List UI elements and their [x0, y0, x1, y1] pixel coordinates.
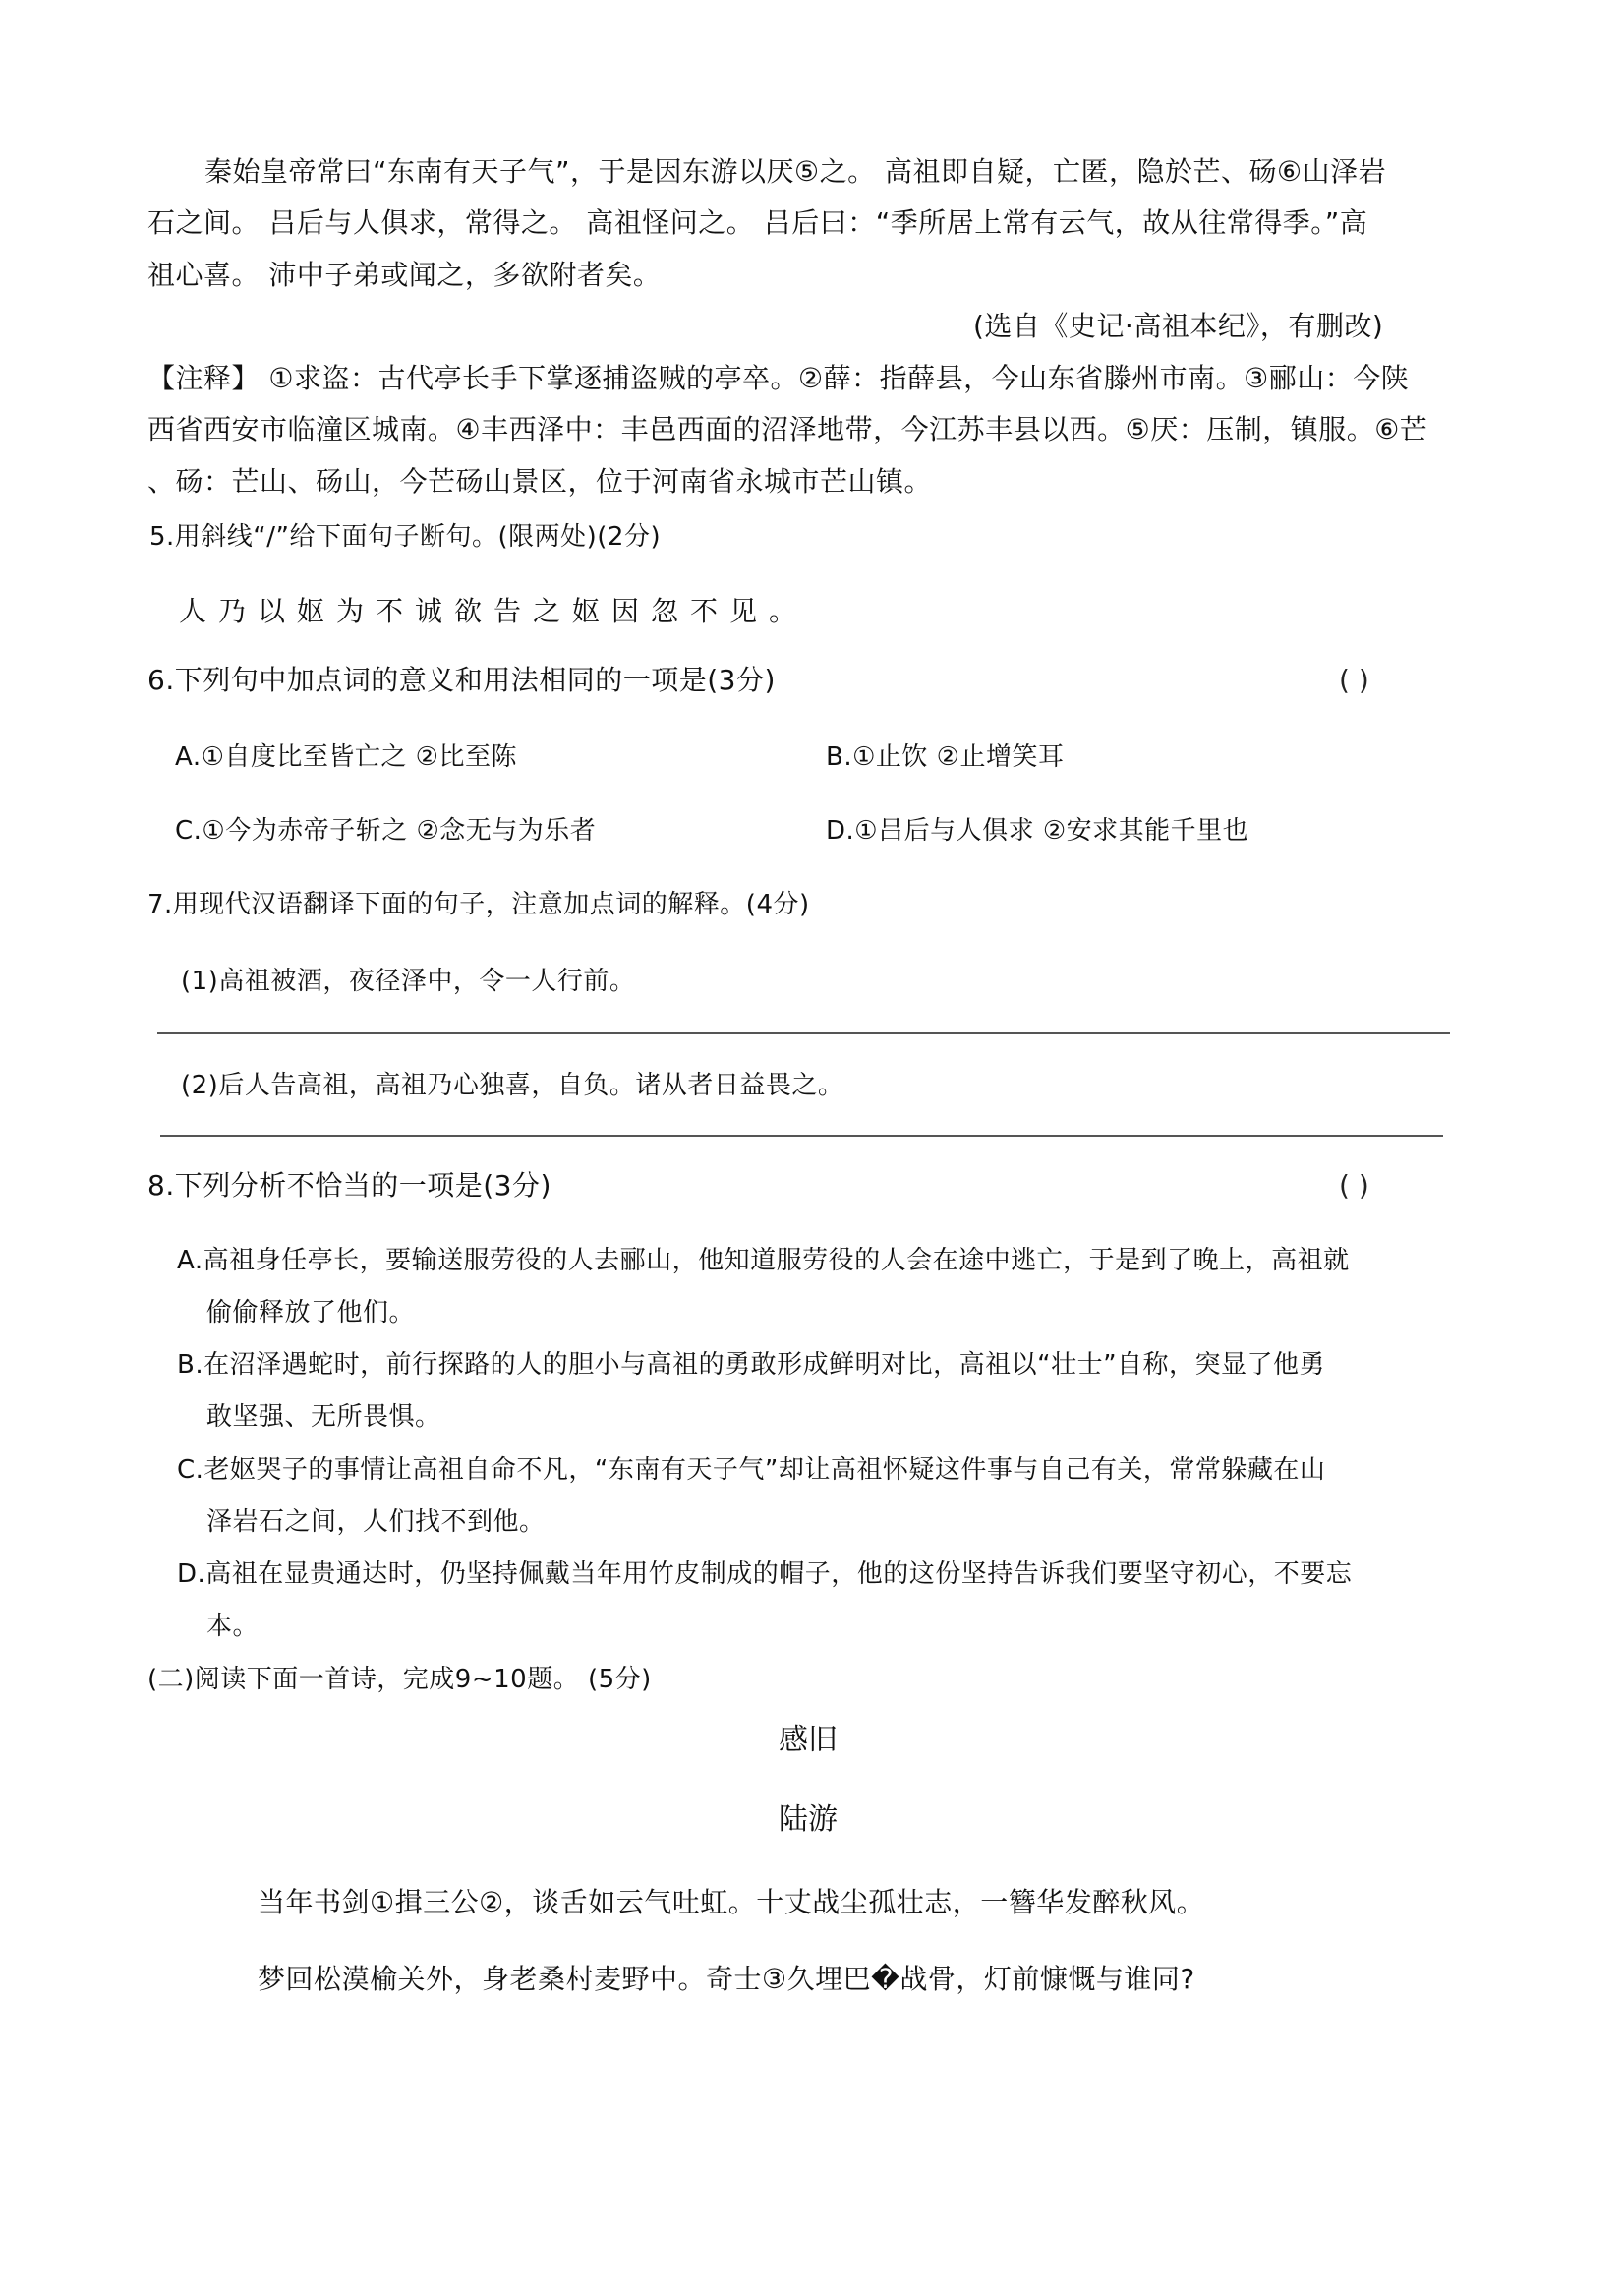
question-8-answer-blank[interactable]: ( ): [1339, 1168, 1369, 1204]
option-text-line-1: 在沼泽遇蛇时，前行探路的人的胆小与高祖的勇敢形成鲜明对比，高祖以“壮士”自称，突…: [203, 1350, 1325, 1380]
passage-line-1: 秦始皇帝常曰“东南有天子气”，于是因东游以厌⑤之。 高祖即自疑，亡匿，隐於芒、砀…: [147, 154, 1386, 190]
question-7-item-1: (1)高祖被酒，夜径泽中，令一人行前。: [181, 964, 635, 999]
option-label: C.: [177, 1455, 203, 1485]
option-text: ①止饮 ②止增笑耳: [852, 742, 1064, 772]
option-text-line-1: 高祖身任亭长，要输送服劳役的人去郦山，他知道服劳役的人会在途中逃亡，于是到了晚上…: [203, 1246, 1350, 1275]
question-6-option-b[interactable]: B.①止饮 ②止增笑耳: [826, 739, 1065, 775]
question-8-prompt: 8.下列分析不恰当的一项是(3分): [147, 1168, 551, 1204]
option-text-line-1: 老妪哭子的事情让高祖自命不凡，“东南有天子气”却让高祖怀疑这件事与自己有关，常常…: [203, 1455, 1325, 1485]
option-label: A.: [175, 742, 202, 772]
question-6-option-d[interactable]: D.①吕后与人俱求 ②安求其能千里也: [826, 813, 1248, 849]
question-7-prompt: 7.用现代汉语翻译下面的句子，注意加点词的解释。(4分): [147, 887, 810, 922]
option-label: B.: [826, 742, 852, 772]
notes-line-3: 、砀：芒山、砀山，今芒砀山景区，位于河南省永城市芒山镇。: [147, 464, 932, 500]
section-2-heading: (二)阅读下面一首诗，完成9~10题。 (5分): [147, 1662, 652, 1697]
option-text-line-2: 偷偷释放了他们。: [206, 1295, 415, 1330]
poem-author: 陆游: [779, 1802, 838, 1838]
option-text-line-2: 敢坚强、无所畏惧。: [206, 1399, 441, 1435]
passage-line-2: 石之间。 吕后与人俱求，常得之。 高祖怪问之。 吕后曰：“季所居上常有云气，故从…: [147, 206, 1367, 241]
poem-title: 感旧: [779, 1723, 838, 1758]
option-text-line-2: 本。: [206, 1609, 259, 1644]
option-text: ①今为赤帝子斩之 ②念无与为乐者: [202, 816, 596, 846]
option-label: D.: [177, 1560, 205, 1589]
question-5-prompt: 5.用斜线“/”给下面句子断句。(限两处)(2分): [149, 519, 661, 555]
option-label: C.: [175, 816, 202, 846]
question-5-sentence: 人乃以妪为不诚欲告之妪因忽不见。: [179, 594, 808, 629]
poem-line-1: 当年书剑①揖三公②，谈舌如云气吐虹。十丈战尘孤壮志，一簪华发醉秋风。: [258, 1885, 1204, 1920]
option-text: ①吕后与人俱求 ②安求其能千里也: [854, 816, 1248, 846]
passage-line-3: 祖心喜。 沛中子弟或闻之，多欲附者矣。: [147, 258, 661, 293]
option-label: D.: [826, 816, 854, 846]
poem-line-2: 梦回松漠榆关外，身老桑村麦野中。奇士③久埋巴�战骨，灯前慷慨与谁同?: [258, 1962, 1195, 1997]
notes-line-2: 西省西安市临潼区城南。④丰西泽中：丰邑西面的沼泽地带，今江苏丰县以西。⑤厌：压制…: [147, 412, 1427, 447]
passage-source: (选自《史记·高祖本纪》，有删改): [973, 309, 1383, 344]
option-label: A.: [177, 1246, 203, 1275]
option-text: ①自度比至皆亡之 ②比至陈: [202, 742, 517, 772]
question-6-option-c[interactable]: C.①今为赤帝子斩之 ②念无与为乐者: [175, 813, 596, 849]
question-6-prompt: 6.下列句中加点词的意义和用法相同的一项是(3分): [147, 663, 776, 698]
option-label: B.: [177, 1350, 203, 1380]
option-text-line-1: 高祖在显贵通达时，仍坚持佩戴当年用竹皮制成的帽子，他的这份坚持告诉我们要坚守初心…: [205, 1560, 1352, 1589]
answer-line-2[interactable]: [160, 1135, 1443, 1137]
answer-line-1[interactable]: [157, 1032, 1450, 1034]
question-6-answer-blank[interactable]: ( ): [1339, 663, 1369, 698]
question-7-item-2: (2)后人告高祖，高祖乃心独喜，自负。诸从者日益畏之。: [181, 1068, 843, 1103]
option-text-line-2: 泽岩石之间，人们找不到他。: [206, 1504, 546, 1540]
notes-line-1: 【注释】 ①求盗：古代亭长手下掌逐捕盗贼的亭卒。②薛：指薛县，今山东省滕州市南。…: [147, 361, 1409, 396]
question-6-option-a[interactable]: A.①自度比至皆亡之 ②比至陈: [175, 739, 517, 775]
